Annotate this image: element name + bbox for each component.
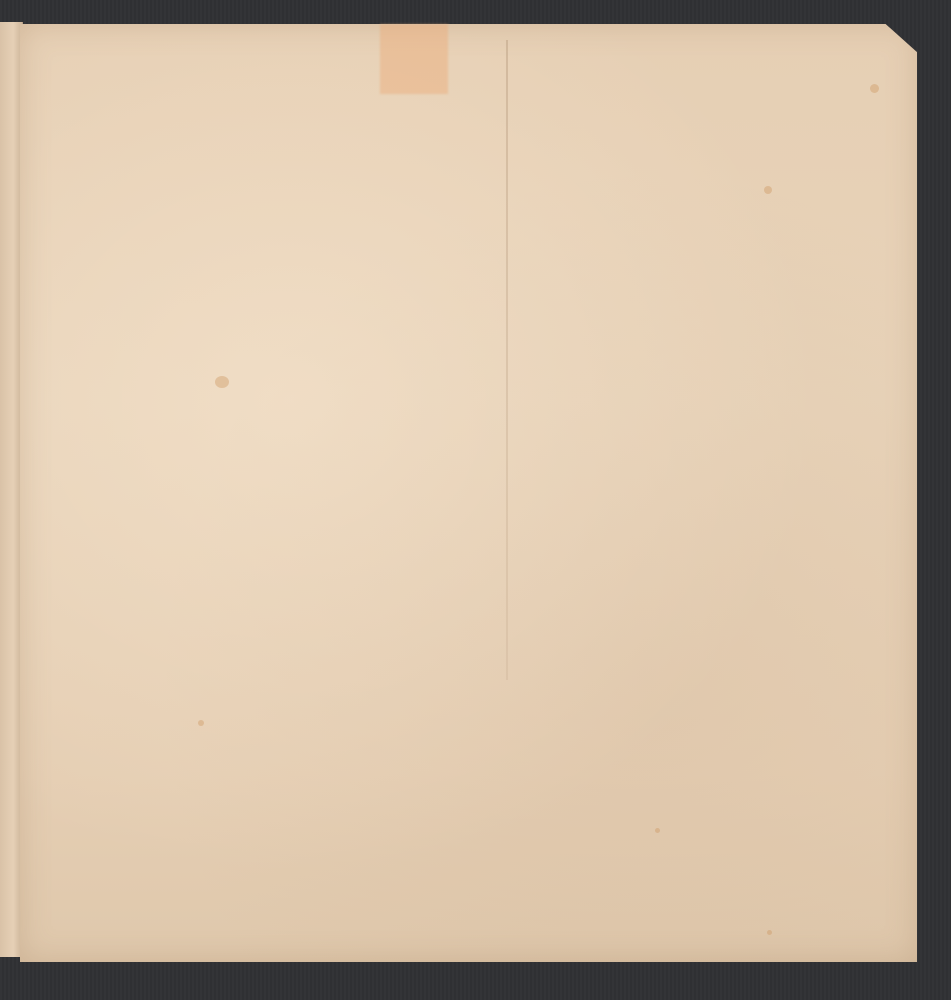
foxing-spot (767, 930, 772, 935)
foxing-spot (215, 376, 229, 388)
seal-stamp (380, 24, 448, 94)
fold-line (506, 40, 508, 680)
document-page (20, 24, 917, 962)
adjacent-page-edge (0, 22, 23, 957)
foxing-spot (198, 720, 204, 726)
foxing-spot (870, 84, 879, 93)
foxing-spot (655, 828, 660, 833)
foxing-spot (764, 186, 772, 194)
